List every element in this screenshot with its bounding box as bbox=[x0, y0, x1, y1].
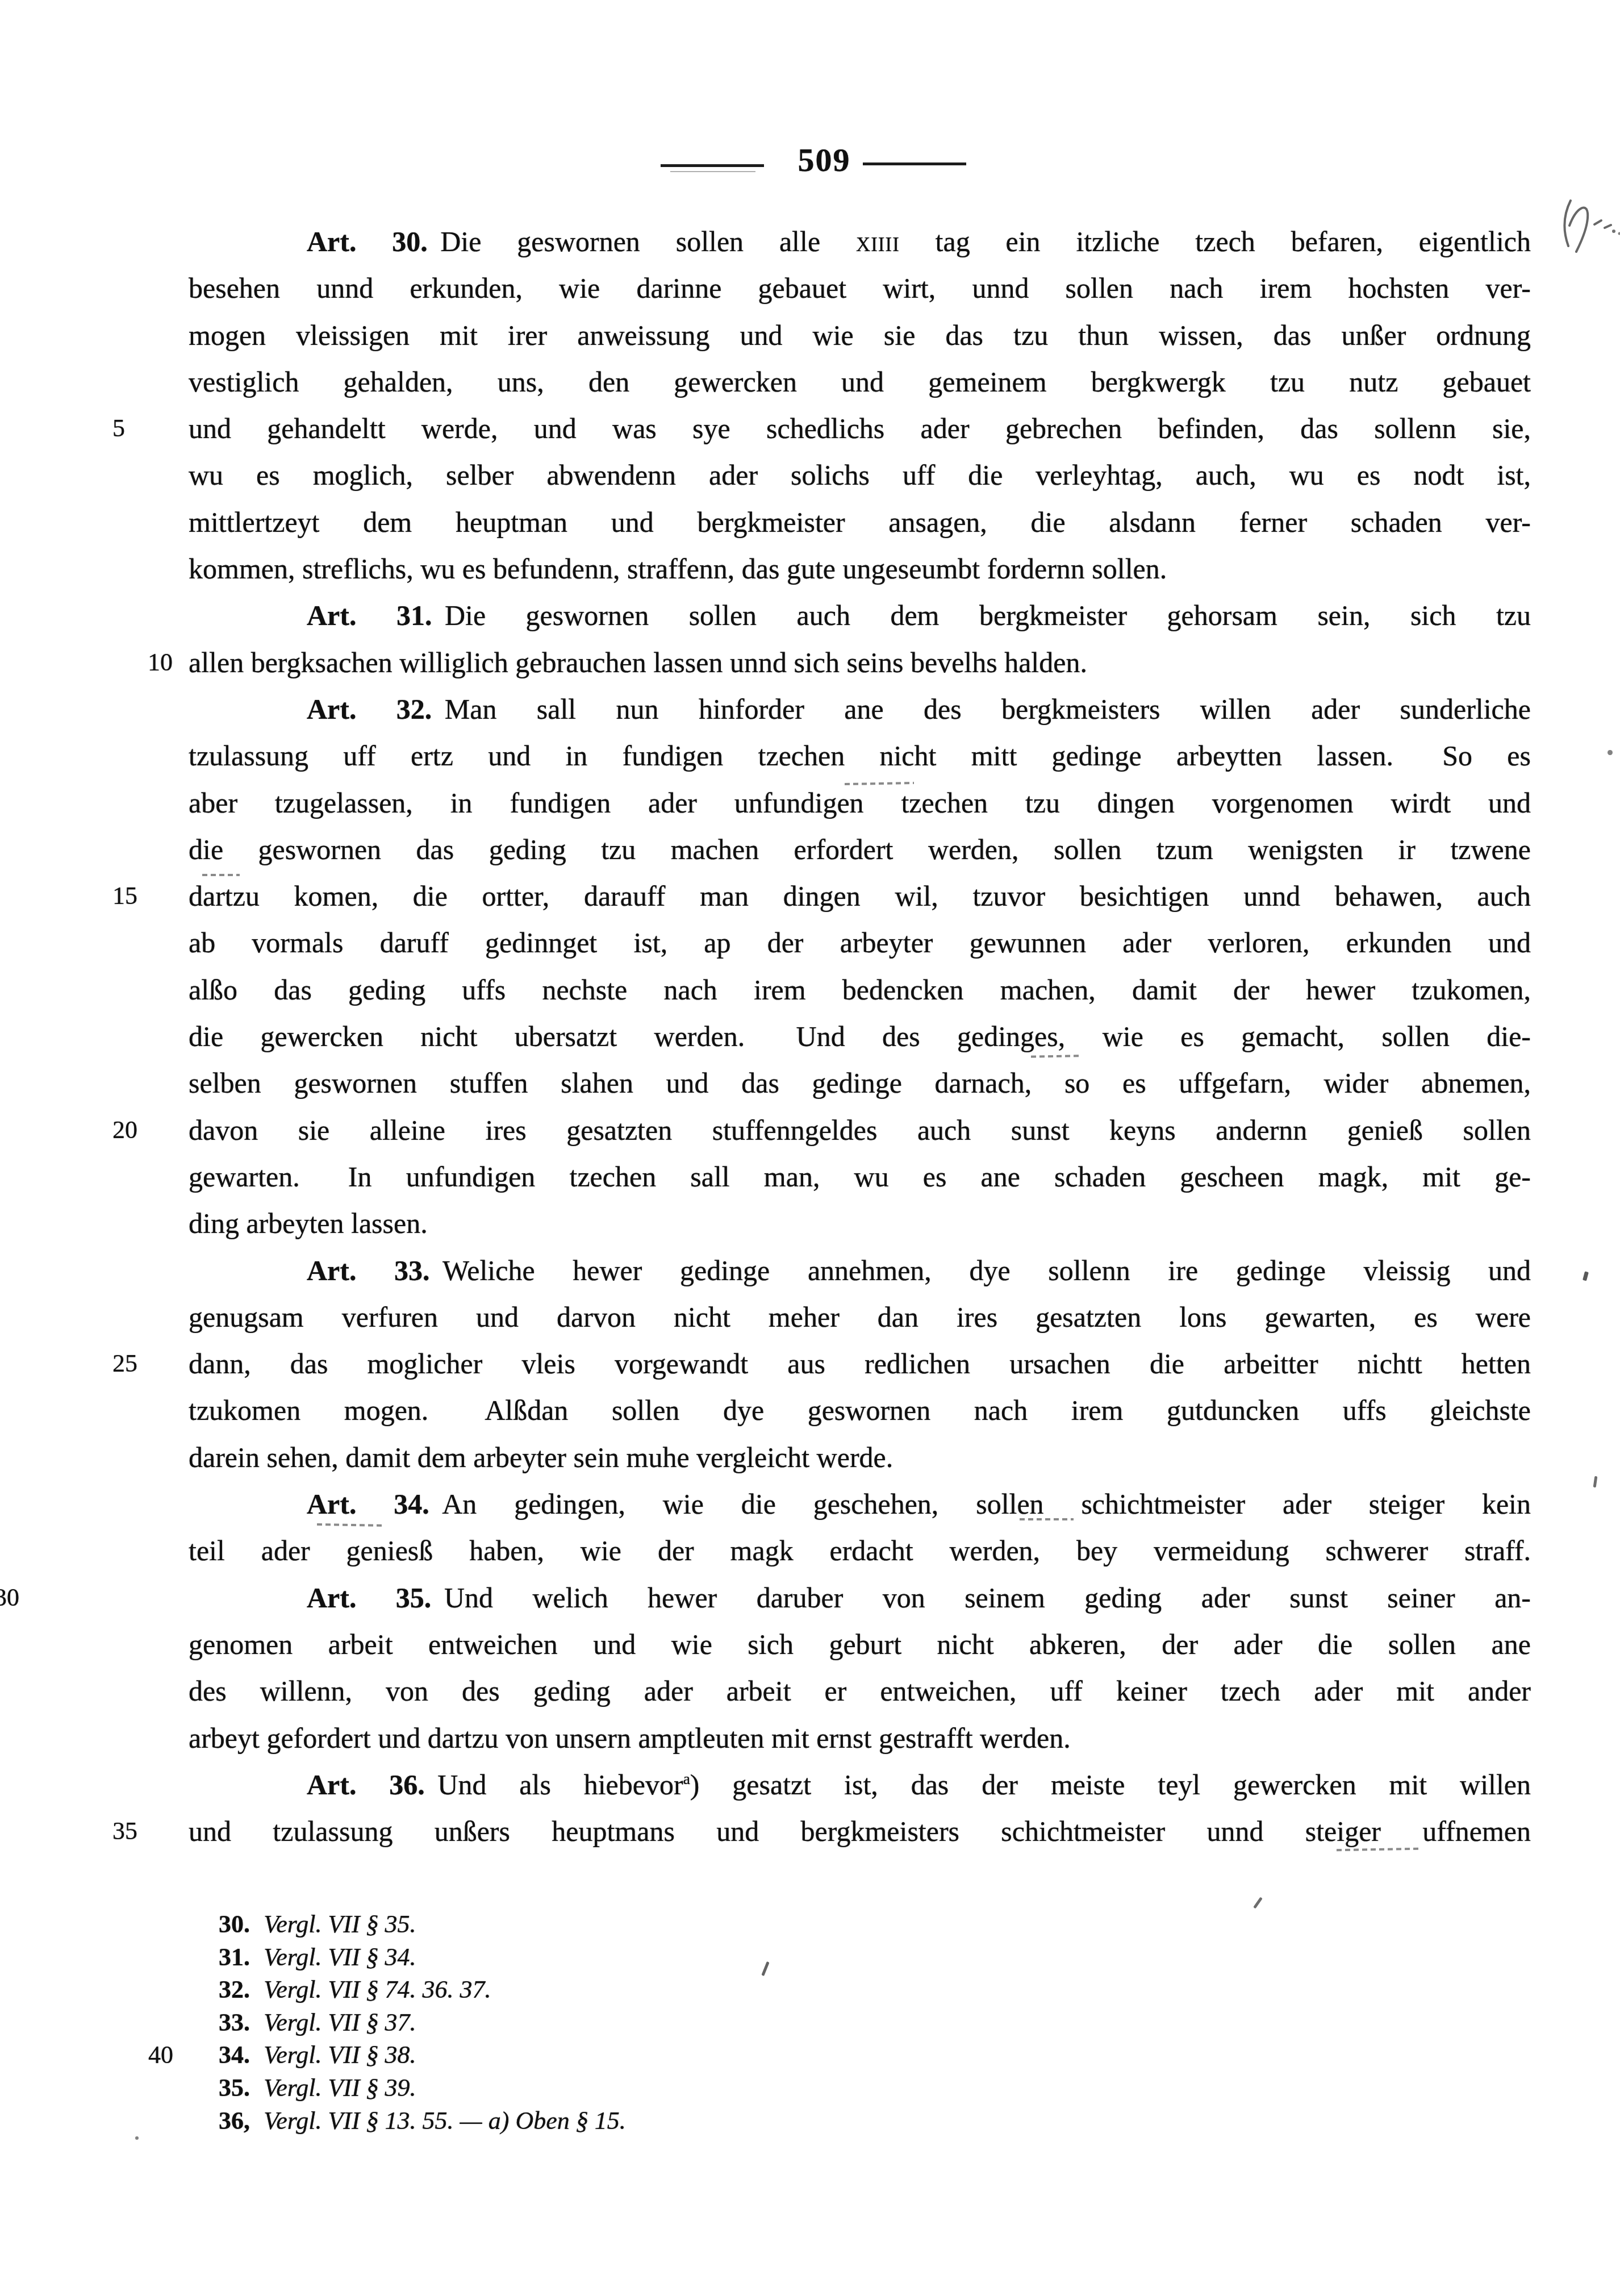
footnote-text: Vergl. VII § 35. bbox=[264, 1910, 416, 1938]
text-segment: alßo das geding uffs nechste nach irem b… bbox=[189, 974, 1531, 1006]
text-segment: wu es moglich, selber abwendenn ader sol… bbox=[189, 459, 1531, 491]
text-segment: Die geswornen sollen auch dem bergkmeist… bbox=[445, 599, 1531, 631]
margin-line-number: 20 bbox=[112, 1107, 173, 1153]
text-line: des willenn, von des geding ader arbeit … bbox=[189, 1668, 1531, 1714]
footnote-text: Vergl. VII § 74. 36. 37. bbox=[264, 1976, 491, 2003]
text-line: tzulassung uff ertz und in fundigen tzec… bbox=[189, 732, 1531, 779]
footnote-line: 35.Vergl. VII § 39. bbox=[219, 2072, 626, 2105]
text-line: selben geswornen stuffen slahen und das … bbox=[189, 1060, 1531, 1106]
article-label: Art. 33. bbox=[307, 1255, 430, 1286]
article-label: Art. 34. bbox=[307, 1488, 429, 1520]
header-right-rule bbox=[863, 162, 966, 165]
text-line: darein sehen, damit dem arbeyter sein mu… bbox=[189, 1434, 1531, 1481]
text-line: wu es moglich, selber abwendenn ader sol… bbox=[189, 452, 1531, 498]
main-text: Art. 30.Die geswornen sollen alle xiiii … bbox=[189, 218, 1531, 1855]
scanned-book-page: 509 Art. 30.Die geswornen sollen alle xi… bbox=[0, 0, 1620, 2296]
ink-speck bbox=[1593, 1476, 1598, 1488]
footnote-line: 4034.Vergl. VII § 38. bbox=[219, 2039, 626, 2072]
text-line: kommen, streflichs, wu es befundenn, str… bbox=[189, 545, 1531, 592]
text-segment: ) gesatzt ist, das der meiste teyl gewer… bbox=[690, 1769, 1531, 1801]
text-segment: davon sie alleine ires gesatzten stuffen… bbox=[189, 1114, 1531, 1146]
text-line: besehen unnd erkunden, wie darinne gebau… bbox=[189, 265, 1531, 311]
text-line: 30Art. 35.Und welich hewer daruber von s… bbox=[189, 1574, 1531, 1621]
text-segment: Man sall nun hinforder ane des bergkmeis… bbox=[445, 693, 1531, 725]
footnote-line: 31.Vergl. VII § 34. bbox=[219, 1941, 626, 1974]
margin-line-number: 40 bbox=[111, 2039, 173, 2072]
ink-speck bbox=[1583, 1271, 1589, 1281]
text-segment: tag ein itzliche tzech befaren, eigentli… bbox=[900, 226, 1531, 257]
text-segment: Und als hiebevor bbox=[437, 1769, 683, 1801]
text-segment: xiiii bbox=[856, 226, 900, 257]
text-segment: vestiglich gehalden, uns, den gewercken … bbox=[189, 366, 1531, 398]
pencil-underline bbox=[1020, 1518, 1074, 1520]
ink-speck bbox=[1253, 1897, 1263, 1909]
text-segment: dann, das moglicher vleis vorgewandt aus… bbox=[189, 1348, 1531, 1380]
text-segment: An gedingen, wie die geschehen, sollen s… bbox=[442, 1488, 1531, 1520]
text-segment: Und welich hewer daruber von seinem gedi… bbox=[444, 1582, 1531, 1614]
text-segment: und tzulassung unßers heuptmans und berg… bbox=[189, 1815, 1531, 1847]
footnote-text: Vergl. VII § 38. bbox=[264, 2041, 416, 2069]
text-line: genomen arbeit entweichen und wie sich g… bbox=[189, 1621, 1531, 1668]
article-label: Art. 35. bbox=[307, 1582, 431, 1614]
text-segment: die geswornen das geding tzu machen erfo… bbox=[189, 834, 1531, 865]
header-left-rule-echo bbox=[670, 171, 755, 172]
text-line: 10allen bergksachen williglich gebrauche… bbox=[189, 639, 1531, 686]
footnote-line: 36,Vergl. VII § 13. 55. — a) Oben § 15. bbox=[219, 2105, 626, 2137]
page-number: 509 bbox=[791, 141, 858, 179]
text-segment: ab vormals daruff gedinnget ist, ap der … bbox=[189, 927, 1531, 959]
text-line: 15dartzu komen, die ortter, darauff man … bbox=[189, 873, 1531, 919]
text-line: arbeyt gefordert und dartzu von unsern a… bbox=[189, 1715, 1531, 1761]
footnote-line: 33.Vergl. VII § 37. bbox=[219, 2006, 626, 2039]
footnote-line: 32.Vergl. VII § 74. 36. 37. bbox=[219, 1973, 626, 2006]
text-line: 25dann, das moglicher vleis vorgewandt a… bbox=[189, 1340, 1531, 1387]
text-segment: dartzu komen, die ortter, darauff man di… bbox=[189, 880, 1531, 912]
text-line: 35und tzulassung unßers heuptmans und be… bbox=[189, 1808, 1531, 1855]
footnote-number: 30. bbox=[219, 1910, 250, 1938]
text-line: teil ader geniesß haben, wie der magk er… bbox=[189, 1527, 1531, 1574]
footnote-line: 30.Vergl. VII § 35. bbox=[219, 1908, 626, 1941]
margin-line-number: 25 bbox=[112, 1340, 173, 1387]
text-line: Art. 36.Und als hiebevora) gesatzt ist, … bbox=[189, 1761, 1531, 1808]
ink-speck bbox=[1608, 750, 1613, 755]
text-line: die geswornen das geding tzu machen erfo… bbox=[189, 826, 1531, 873]
text-segment: die gewercken nicht ubersatzt werden. Un… bbox=[189, 1020, 1531, 1052]
text-line: aber tzugelassen, in fundigen ader unfun… bbox=[189, 780, 1531, 826]
footnote-number: 33. bbox=[219, 2009, 250, 2036]
handwritten-pencil-mark bbox=[1554, 190, 1620, 256]
footnote-number: 36, bbox=[219, 2107, 250, 2135]
text-segment: Die geswornen sollen alle bbox=[440, 226, 856, 257]
margin-line-number: 10 bbox=[112, 639, 173, 686]
text-segment: kommen, streflichs, wu es befundenn, str… bbox=[189, 553, 1167, 585]
text-line: Art. 33.Weliche hewer gedinge annehmen, … bbox=[189, 1247, 1531, 1294]
text-line: tzukomen mogen. Alßdan sollen dye geswor… bbox=[189, 1387, 1531, 1434]
text-line: genugsam verfuren und darvon nicht meher… bbox=[189, 1294, 1531, 1340]
text-line: gewarten. In unfundigen tzechen sall man… bbox=[189, 1153, 1531, 1200]
text-line: alßo das geding uffs nechste nach irem b… bbox=[189, 966, 1531, 1013]
margin-line-number: 5 bbox=[112, 405, 173, 452]
text-segment: mittlertzeyt dem heuptman und bergkmeist… bbox=[189, 506, 1531, 538]
text-line: die gewercken nicht ubersatzt werden. Un… bbox=[189, 1013, 1531, 1060]
ink-speck bbox=[135, 2136, 139, 2140]
margin-line-number: 30 bbox=[0, 1574, 55, 1621]
text-segment: aber tzugelassen, in fundigen ader unfun… bbox=[189, 787, 1531, 819]
text-segment: arbeyt gefordert und dartzu von unsern a… bbox=[189, 1722, 1071, 1754]
footnotes: 30.Vergl. VII § 35.31.Vergl. VII § 34.32… bbox=[219, 1908, 626, 2137]
text-segment: tzukomen mogen. Alßdan sollen dye geswor… bbox=[189, 1394, 1531, 1426]
text-line: vestiglich gehalden, uns, den gewercken … bbox=[189, 359, 1531, 405]
text-line: 20davon sie alleine ires gesatzten stuff… bbox=[189, 1107, 1531, 1153]
footnote-number: 35. bbox=[219, 2074, 250, 2102]
footnote-number: 34. bbox=[219, 2041, 250, 2069]
article-label: Art. 31. bbox=[307, 599, 432, 631]
text-segment: Weliche hewer gedinge annehmen, dye soll… bbox=[442, 1255, 1531, 1286]
text-line: ab vormals daruff gedinnget ist, ap der … bbox=[189, 919, 1531, 966]
text-segment: a bbox=[683, 1770, 690, 1787]
text-segment: allen bergksachen williglich gebrauchen … bbox=[189, 647, 1087, 678]
text-segment: darein sehen, damit dem arbeyter sein mu… bbox=[189, 1441, 893, 1473]
text-line: Art. 31.Die geswornen sollen auch dem be… bbox=[189, 592, 1531, 639]
text-segment: genugsam verfuren und darvon nicht meher… bbox=[189, 1301, 1531, 1333]
article-label: Art. 32. bbox=[307, 693, 432, 725]
text-segment: besehen unnd erkunden, wie darinne gebau… bbox=[189, 272, 1531, 304]
text-line: Art. 30.Die geswornen sollen alle xiiii … bbox=[189, 218, 1531, 265]
article-label: Art. 36. bbox=[307, 1769, 425, 1801]
text-line: mittlertzeyt dem heuptman und bergkmeist… bbox=[189, 499, 1531, 545]
text-line: mogen vleissigen mit irer anweissung und… bbox=[189, 312, 1531, 359]
text-line: 5und gehandeltt werde, und was sye sched… bbox=[189, 405, 1531, 452]
text-segment: teil ader geniesß haben, wie der magk er… bbox=[189, 1535, 1531, 1566]
text-line: Art. 32.Man sall nun hinforder ane des b… bbox=[189, 686, 1531, 732]
margin-line-number: 15 bbox=[112, 873, 173, 919]
text-segment: tzulassung uff ertz und in fundigen tzec… bbox=[189, 740, 1531, 772]
article-label: Art. 30. bbox=[307, 226, 428, 257]
header-left-rule bbox=[661, 164, 764, 167]
footnote-number: 32. bbox=[219, 1976, 250, 2003]
text-segment: des willenn, von des geding ader arbeit … bbox=[189, 1675, 1531, 1707]
text-segment: selben geswornen stuffen slahen und das … bbox=[189, 1067, 1531, 1099]
footnote-text: Vergl. VII § 34. bbox=[264, 1943, 416, 1971]
footnote-text: Vergl. VII § 37. bbox=[264, 2009, 416, 2036]
footnote-number: 31. bbox=[219, 1943, 250, 1971]
text-segment: genomen arbeit entweichen und wie sich g… bbox=[189, 1628, 1531, 1660]
footnote-text: Vergl. VII § 39. bbox=[264, 2074, 416, 2102]
margin-line-number: 35 bbox=[112, 1808, 173, 1855]
text-segment: gewarten. In unfundigen tzechen sall man… bbox=[189, 1161, 1531, 1193]
footnote-text: Vergl. VII § 13. 55. — a) Oben § 15. bbox=[264, 2107, 626, 2135]
text-segment: mogen vleissigen mit irer anweissung und… bbox=[189, 319, 1531, 351]
ink-speck bbox=[761, 1961, 769, 1976]
text-segment: und gehandeltt werde, und was sye schedl… bbox=[189, 412, 1531, 444]
text-line: ding arbeyten lassen. bbox=[189, 1200, 1531, 1247]
text-line: Art. 34.An gedingen, wie die geschehen, … bbox=[189, 1481, 1531, 1527]
text-segment: ding arbeyten lassen. bbox=[189, 1207, 428, 1239]
pencil-underline bbox=[202, 874, 240, 876]
